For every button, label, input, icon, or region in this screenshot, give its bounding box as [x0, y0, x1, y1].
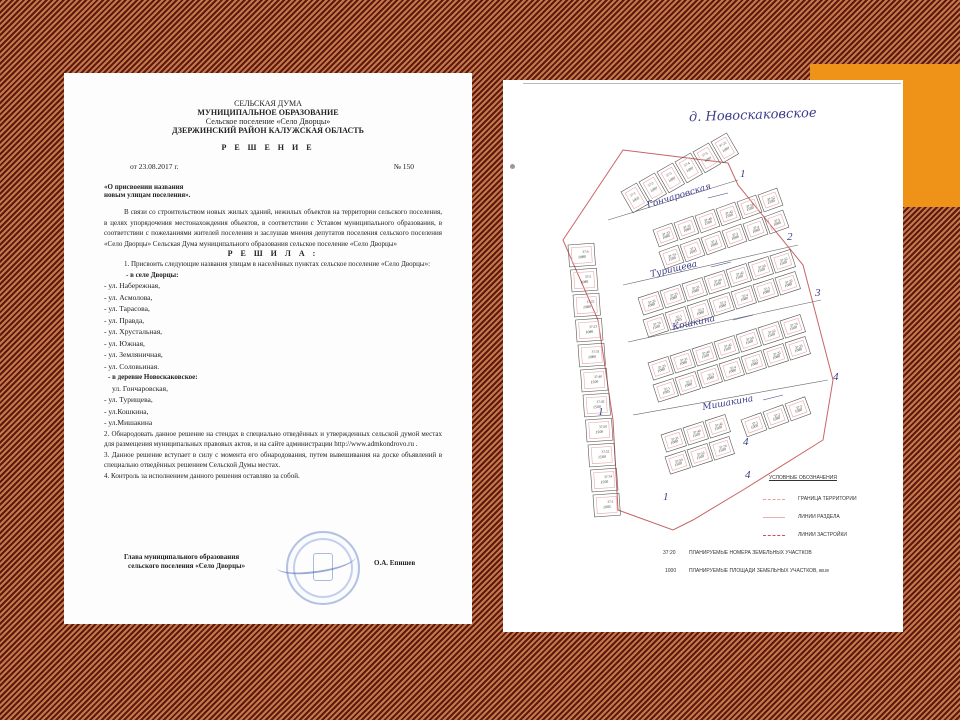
legend-sample: 1000 — [665, 568, 676, 574]
svg-text:1080: 1080 — [669, 295, 678, 301]
svg-text:1500: 1500 — [714, 425, 723, 431]
parcel: 37:521500 — [758, 188, 783, 212]
parcel: 37:741500 — [643, 314, 669, 338]
svg-text:1500: 1500 — [779, 260, 788, 266]
svg-text:1080: 1080 — [784, 282, 793, 288]
parcel: 37:41080 — [675, 153, 703, 183]
parcel: 37:31080 — [709, 293, 735, 317]
parcel: 37:521500 — [758, 322, 784, 346]
svg-text:1500: 1500 — [595, 430, 603, 435]
svg-text:1080: 1080 — [706, 375, 715, 381]
svg-text:1: 1 — [598, 406, 604, 418]
legend-swatch — [763, 517, 785, 518]
parcel: 37:221080 — [775, 272, 801, 296]
document-subject: «О присвоении названия новым улицам посе… — [104, 183, 472, 199]
street-list: - ул. Набережная, - ул. Асмолова, - ул. … — [104, 280, 442, 372]
legend-title: УСЛОВНЫЕ ОБОЗНАЧЕНИЯ — [769, 475, 837, 481]
header-line: Сельское поселение «Село Дворцы» — [64, 117, 472, 126]
svg-text:1080: 1080 — [718, 303, 727, 309]
svg-text:1500: 1500 — [598, 455, 606, 460]
header-line: МУНИЦИПАЛЬНОЕ ОБРАЗОВАНИЕ — [64, 108, 472, 117]
legend-item: ЛИНИИ РАЗДЕЛА — [798, 514, 840, 520]
parcel: 37:41080 — [731, 286, 757, 310]
svg-text:37:22: 37:22 — [586, 300, 594, 305]
svg-text:1080: 1080 — [794, 347, 803, 353]
parcel: 37:401500 — [704, 271, 730, 295]
preamble: В связи со строительством новых жилых зд… — [104, 207, 442, 249]
item-1: 1. Присвоить следующие названия улицам в… — [104, 259, 442, 270]
parcel: 37:11005 — [653, 379, 679, 403]
svg-text:1080: 1080 — [668, 176, 677, 183]
parcel: 37:11005 — [741, 413, 767, 437]
legend-item: ЛИНИИ ЗАСТРОЙКИ — [798, 532, 847, 538]
group-title: - в селе Дворцы: — [104, 270, 442, 281]
parcel: 37:311080 — [682, 278, 708, 302]
svg-text:1080: 1080 — [728, 368, 737, 374]
parcel: 37:741500 — [709, 437, 735, 461]
street-item: - ул. Соловьиная. — [104, 361, 442, 373]
parcel: 37:221080 — [638, 292, 664, 316]
svg-text:1080: 1080 — [583, 305, 591, 310]
parcel: 37:231080 — [660, 285, 686, 309]
signer-name: О.А. Епишев — [374, 559, 415, 568]
svg-text:37:31: 37:31 — [591, 350, 599, 355]
parcel: 37:41080 — [719, 358, 745, 382]
svg-text:2: 2 — [787, 231, 793, 243]
svg-text:1: 1 — [740, 168, 746, 180]
parcel: 37:421500 — [716, 202, 741, 226]
svg-text:1080: 1080 — [679, 360, 688, 366]
parcel: 37:221080 — [573, 293, 600, 317]
svg-text:1080: 1080 — [647, 302, 656, 308]
parcel: 37:521500 — [588, 443, 615, 467]
document-header: СЕЛЬСКАЯ ДУМА МУНИЦИПАЛЬНОЕ ОБРАЗОВАНИЕ … — [64, 99, 472, 135]
decision-document: СЕЛЬСКАЯ ДУМА МУНИЦИПАЛЬНОЕ ОБРАЗОВАНИЕ … — [64, 73, 472, 624]
svg-text:1500: 1500 — [723, 346, 732, 352]
street-item: - ул.Кошкина, — [104, 406, 442, 418]
group-title: - в деревне Новоскаковское: — [104, 372, 442, 383]
svg-text:1080: 1080 — [588, 355, 596, 360]
svg-text:37:4: 37:4 — [582, 250, 589, 254]
legend-item: ПЛАНИРУЕМЫЕ НОМЕРА ЗЕМЕЛЬНЫХ УЧАСТКОВ — [689, 550, 812, 556]
street-item: ул. Гончаровская, — [104, 383, 442, 395]
subject-line: «О присвоении названия — [104, 183, 472, 191]
header-line: СЕЛЬСКАЯ ДУМА — [64, 99, 472, 108]
svg-text:1500: 1500 — [789, 325, 798, 331]
parcel: 37:501500 — [736, 329, 762, 353]
svg-text:1500: 1500 — [757, 267, 766, 273]
svg-text:1500: 1500 — [713, 281, 722, 287]
street-item: - ул. Тарасова, — [104, 303, 442, 315]
street-item: - ул. Южная, — [104, 338, 442, 350]
parcel: 37:221080 — [763, 344, 789, 368]
parcel: 37:21080 — [675, 372, 701, 396]
street-item: - ул.Мишакина — [104, 417, 442, 429]
parcel: 37:521500 — [687, 444, 713, 468]
svg-text:1080: 1080 — [684, 382, 693, 388]
parcel: 37:231080 — [785, 337, 811, 361]
svg-text:37:23: 37:23 — [589, 325, 597, 330]
parcel: 37:501500 — [665, 451, 691, 475]
street-item: - ул. Турищева, — [104, 394, 442, 406]
svg-text:37:42: 37:42 — [596, 400, 604, 405]
item-2: 2. Обнародовать данное решение на стенда… — [104, 429, 442, 450]
parcel: 37:11005 — [680, 238, 705, 262]
svg-text:1500: 1500 — [701, 353, 710, 359]
svg-text:1500: 1500 — [652, 324, 661, 330]
parcel: 37:741500 — [780, 315, 806, 339]
parcel: 37:11005 — [593, 493, 620, 517]
parcel: 37:51080 — [753, 279, 779, 303]
svg-text:37:5: 37:5 — [585, 275, 592, 279]
parcel: 37:31080 — [722, 224, 747, 248]
svg-text:1005: 1005 — [632, 196, 641, 203]
svg-text:1080: 1080 — [670, 439, 679, 445]
parcel: 37:11005 — [621, 183, 649, 213]
svg-text:1: 1 — [663, 491, 669, 503]
parcel: 37:311080 — [670, 350, 696, 374]
parcel: 37:311080 — [578, 343, 605, 367]
parcel: 37:221080 — [711, 133, 739, 163]
parcel: 37:41080 — [568, 243, 595, 267]
parcel: 37:421500 — [705, 415, 731, 439]
parcel: 37:311080 — [674, 216, 699, 240]
item-3: 3. Данное решение вступает в силу с моме… — [104, 450, 442, 471]
svg-text:1500: 1500 — [590, 380, 598, 385]
svg-text:1500: 1500 — [600, 480, 608, 485]
parcel: 37:51080 — [741, 351, 767, 375]
svg-text:37:40: 37:40 — [594, 375, 602, 380]
svg-text:1080: 1080 — [650, 186, 659, 193]
svg-text:1080: 1080 — [704, 156, 713, 163]
parcel: 37:21080 — [701, 231, 726, 255]
svg-text:1500: 1500 — [692, 432, 701, 438]
svg-text:1080: 1080 — [762, 289, 771, 295]
resolved-heading: Р Е Ш И Л А : — [104, 249, 442, 259]
parcel: 37:421500 — [583, 393, 610, 417]
legend-swatch — [763, 499, 785, 500]
parcel: 37:231080 — [653, 223, 678, 247]
parcel: 37:401500 — [695, 209, 720, 233]
parcel: 37:231080 — [648, 357, 674, 381]
svg-text:1080: 1080 — [691, 288, 700, 294]
parcel: 37:401500 — [581, 368, 608, 392]
parcel: 37:401500 — [692, 343, 718, 367]
svg-text:1080: 1080 — [750, 361, 759, 367]
svg-text:4: 4 — [833, 371, 839, 383]
svg-text:1080: 1080 — [657, 367, 666, 373]
svg-text:1005: 1005 — [662, 389, 671, 395]
street-item: - ул. Хрустальная, — [104, 326, 442, 338]
svg-text:4: 4 — [743, 436, 749, 448]
svg-text:1005: 1005 — [603, 505, 611, 510]
svg-text:1080: 1080 — [578, 255, 586, 260]
subject-line: новым улицам поселения». — [104, 191, 472, 199]
svg-text:1500: 1500 — [696, 454, 705, 460]
parcel: 37:421500 — [726, 264, 752, 288]
document-number: № 150 — [394, 162, 414, 171]
legend-item: ПЛАНИРУЕМЫЕ ПЛОЩАДИ ЗЕМЕЛЬНЫХ УЧАСТКОВ, … — [689, 568, 829, 574]
svg-text:1080: 1080 — [585, 330, 593, 335]
parcel: 37:311080 — [661, 429, 687, 453]
svg-text:1500: 1500 — [674, 461, 683, 467]
svg-text:4: 4 — [745, 469, 751, 481]
item-4: 4. Контроль за исполнением данного решен… — [104, 471, 442, 482]
document-title: Р Е Ш Е Н И Е — [64, 143, 472, 152]
street-item: - ул. Правда, — [104, 315, 442, 327]
svg-text:3: 3 — [814, 287, 821, 299]
parcel: 37:31080 — [657, 163, 685, 193]
parcel: 37:51080 — [693, 143, 721, 173]
svg-text:1080: 1080 — [772, 354, 781, 360]
parcel: 37:421500 — [714, 336, 740, 360]
parcel: 37:401500 — [683, 422, 709, 446]
street-item: - ул. Асмолова, — [104, 292, 442, 304]
svg-text:37:52: 37:52 — [601, 450, 609, 455]
document-date: от 23.08.2017 г. — [130, 162, 179, 171]
parcel: 37:501500 — [748, 257, 774, 281]
svg-text:1080: 1080 — [580, 280, 588, 285]
legend-swatch — [763, 535, 785, 536]
legend-item: ГРАНИЦА ТЕРРИТОРИИ — [798, 496, 857, 502]
svg-text:1500: 1500 — [735, 274, 744, 280]
svg-text:1500: 1500 — [718, 447, 727, 453]
street-list: ул. Гончаровская, - ул. Турищева, - ул.К… — [104, 383, 442, 429]
parcel: 37:501500 — [586, 418, 613, 442]
parcel: 37:21080 — [763, 405, 789, 429]
signature-block: Глава муниципального образования сельско… — [124, 553, 442, 571]
parcel: 37:521500 — [770, 250, 796, 274]
planning-map: д. Новоскаковское 37:1100537:2108037:310… — [503, 80, 903, 632]
street-label: Мишакина — [701, 394, 754, 413]
header-line: ДЗЕРЖИНСКИЙ РАЙОН КАЛУЖСКАЯ ОБЛАСТЬ — [64, 126, 472, 135]
svg-text:1080: 1080 — [686, 166, 695, 173]
svg-text:37:1: 37:1 — [607, 500, 614, 504]
parcel: 37:31080 — [697, 365, 723, 389]
street-item: - ул. Земляничная, — [104, 349, 442, 361]
svg-text:37:74: 37:74 — [604, 475, 612, 480]
svg-text:37:50: 37:50 — [599, 425, 607, 430]
street-item: - ул. Набережная, — [104, 280, 442, 292]
svg-text:1500: 1500 — [745, 339, 754, 345]
legend-sample: 37:20 — [663, 550, 676, 556]
svg-text:1500: 1500 — [767, 332, 776, 338]
parcel: 37:41080 — [743, 217, 768, 241]
parcel: 37:231080 — [576, 318, 603, 342]
parcel: 37:51080 — [571, 268, 598, 292]
parcel: 37:741500 — [591, 468, 618, 492]
svg-text:1080: 1080 — [740, 296, 749, 302]
svg-text:1080: 1080 — [722, 146, 731, 153]
parcel: 37:31080 — [785, 397, 811, 421]
